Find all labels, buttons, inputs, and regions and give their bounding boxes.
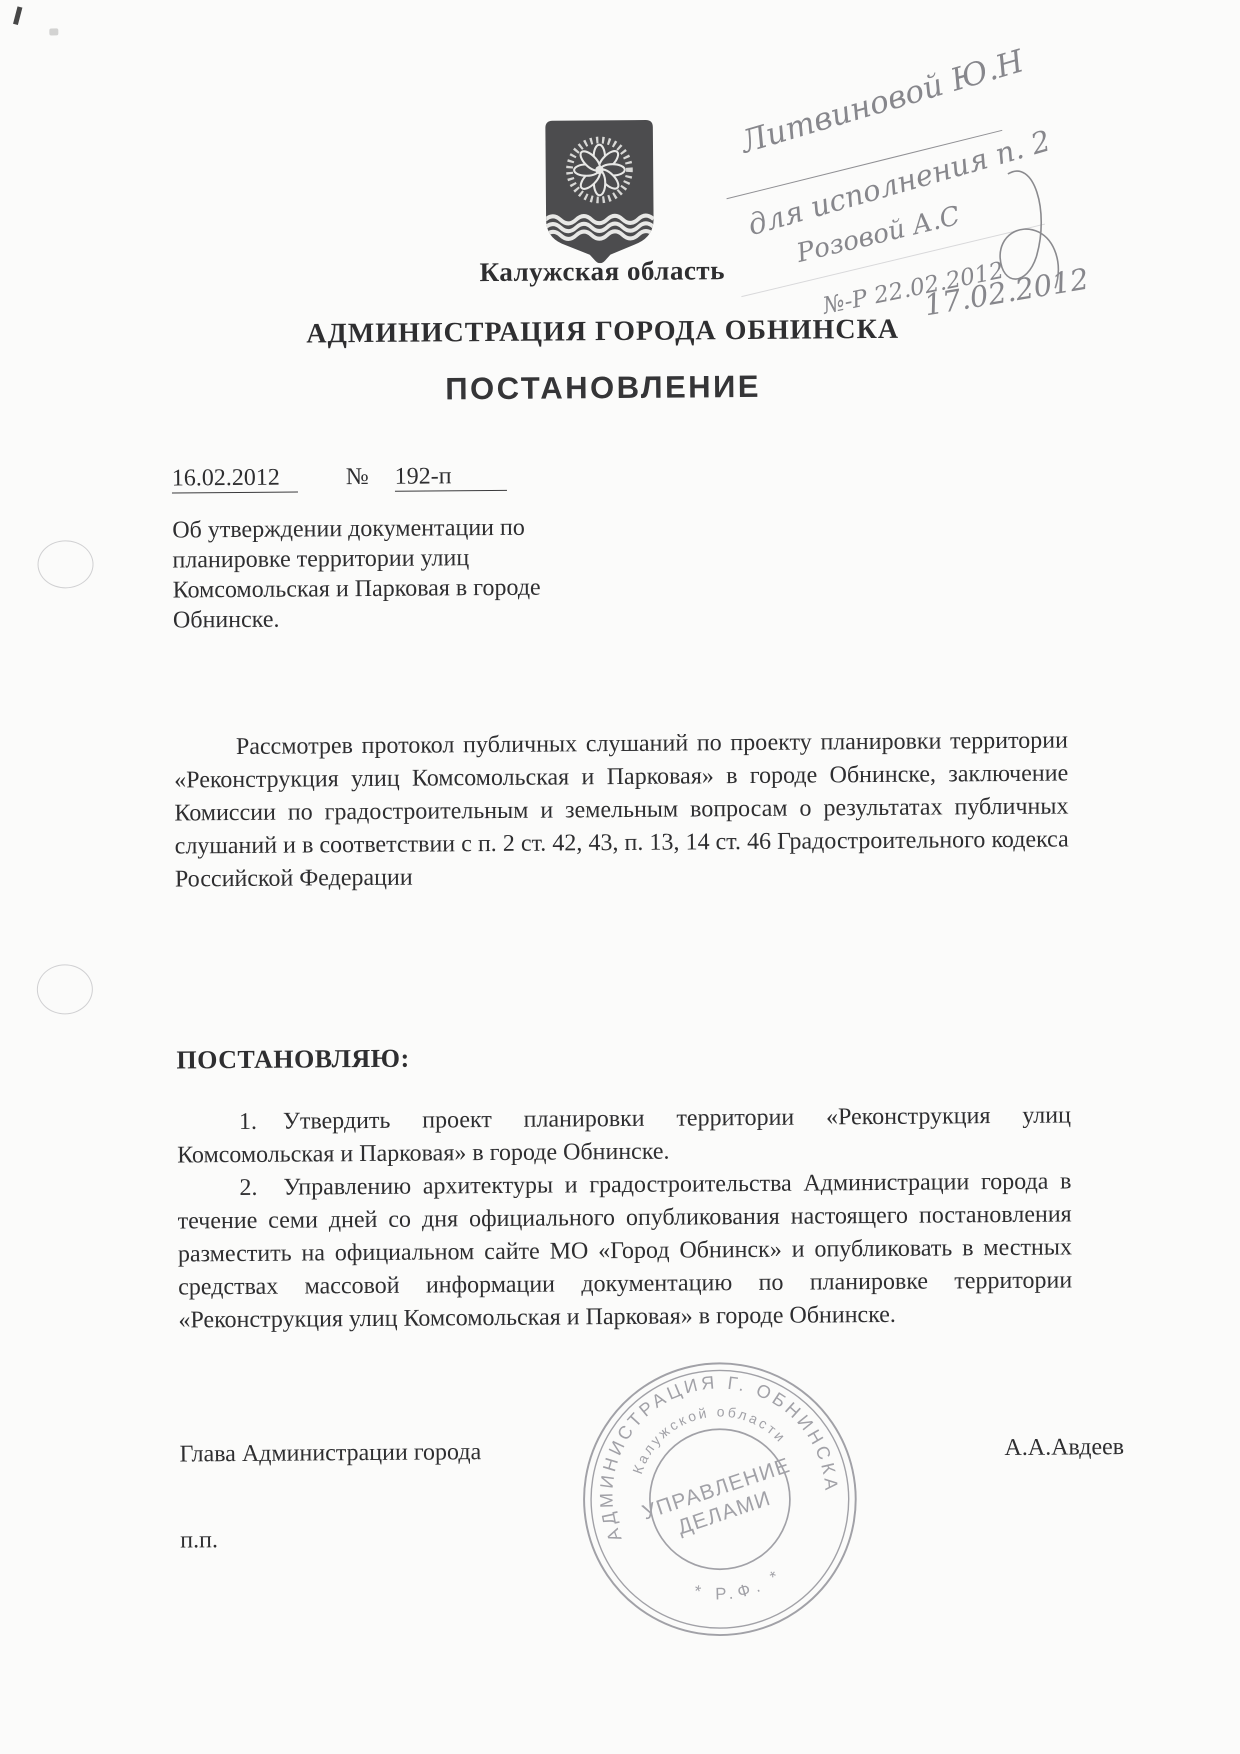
atom-rosette <box>574 144 625 195</box>
resolve-heading: ПОСТАНОВЛЯЮ: <box>176 1044 409 1076</box>
signature-title: Глава Администрации города <box>179 1439 481 1468</box>
item-text: Утвердить проект планировки территории «… <box>177 1102 1071 1168</box>
preamble-paragraph: Рассмотрев протокол публичных слушаний п… <box>174 724 1069 896</box>
signature-pp: п.п. <box>180 1527 218 1554</box>
scan-content: Литвиновой Ю.Н для исполнения п. 2 Розов… <box>0 0 1240 1754</box>
organization-title: АДМИНИСТРАЦИЯ ГОРОДА ОБНИНСКА <box>0 311 1210 353</box>
scan-artifact-smudge <box>49 28 58 35</box>
date-number-line: 16.02.2012 № 192-п <box>172 463 507 494</box>
item-number: 1. <box>239 1109 283 1135</box>
stamp-ring-bottom-text: * Р.Ф. * <box>689 1562 790 1612</box>
resolution-item-1: 1.Утвердить проект планировки территории… <box>177 1099 1071 1172</box>
punch-hole-mark <box>37 964 93 1014</box>
resolution-items: 1.Утвердить проект планировки территории… <box>177 1099 1073 1337</box>
official-stamp: АДМИНИСТРАЦИЯ Г. ОБНИНСКА * Р.Ф. * Калуж… <box>552 1328 888 1670</box>
stamp-center-text: УПРАВЛЕНИЕ ДЕЛАМИ <box>639 1454 801 1549</box>
item-text: Управлению архитектуры и градостроительс… <box>178 1168 1073 1333</box>
punch-hole-mark <box>37 540 93 588</box>
document-number: 192-п <box>395 463 507 492</box>
coat-of-arms-icon <box>537 118 662 264</box>
resolution-item-2: 2.Управлению архитектуры и градостроител… <box>177 1165 1072 1337</box>
signature-name: А.А.Авдеев <box>1004 1434 1124 1462</box>
document-type-title: ПОСТАНОВЛЕНИЕ <box>0 365 1210 411</box>
number-sign: № <box>346 464 369 490</box>
item-number: 2. <box>239 1175 283 1201</box>
scan-artifact-mark <box>13 6 22 25</box>
document-date: 16.02.2012 <box>172 465 298 494</box>
document-subject: Об утверждении документации по планировк… <box>172 512 605 635</box>
scanned-document-page: Литвиновой Ю.Н для исполнения п. 2 Розов… <box>0 0 1240 1754</box>
